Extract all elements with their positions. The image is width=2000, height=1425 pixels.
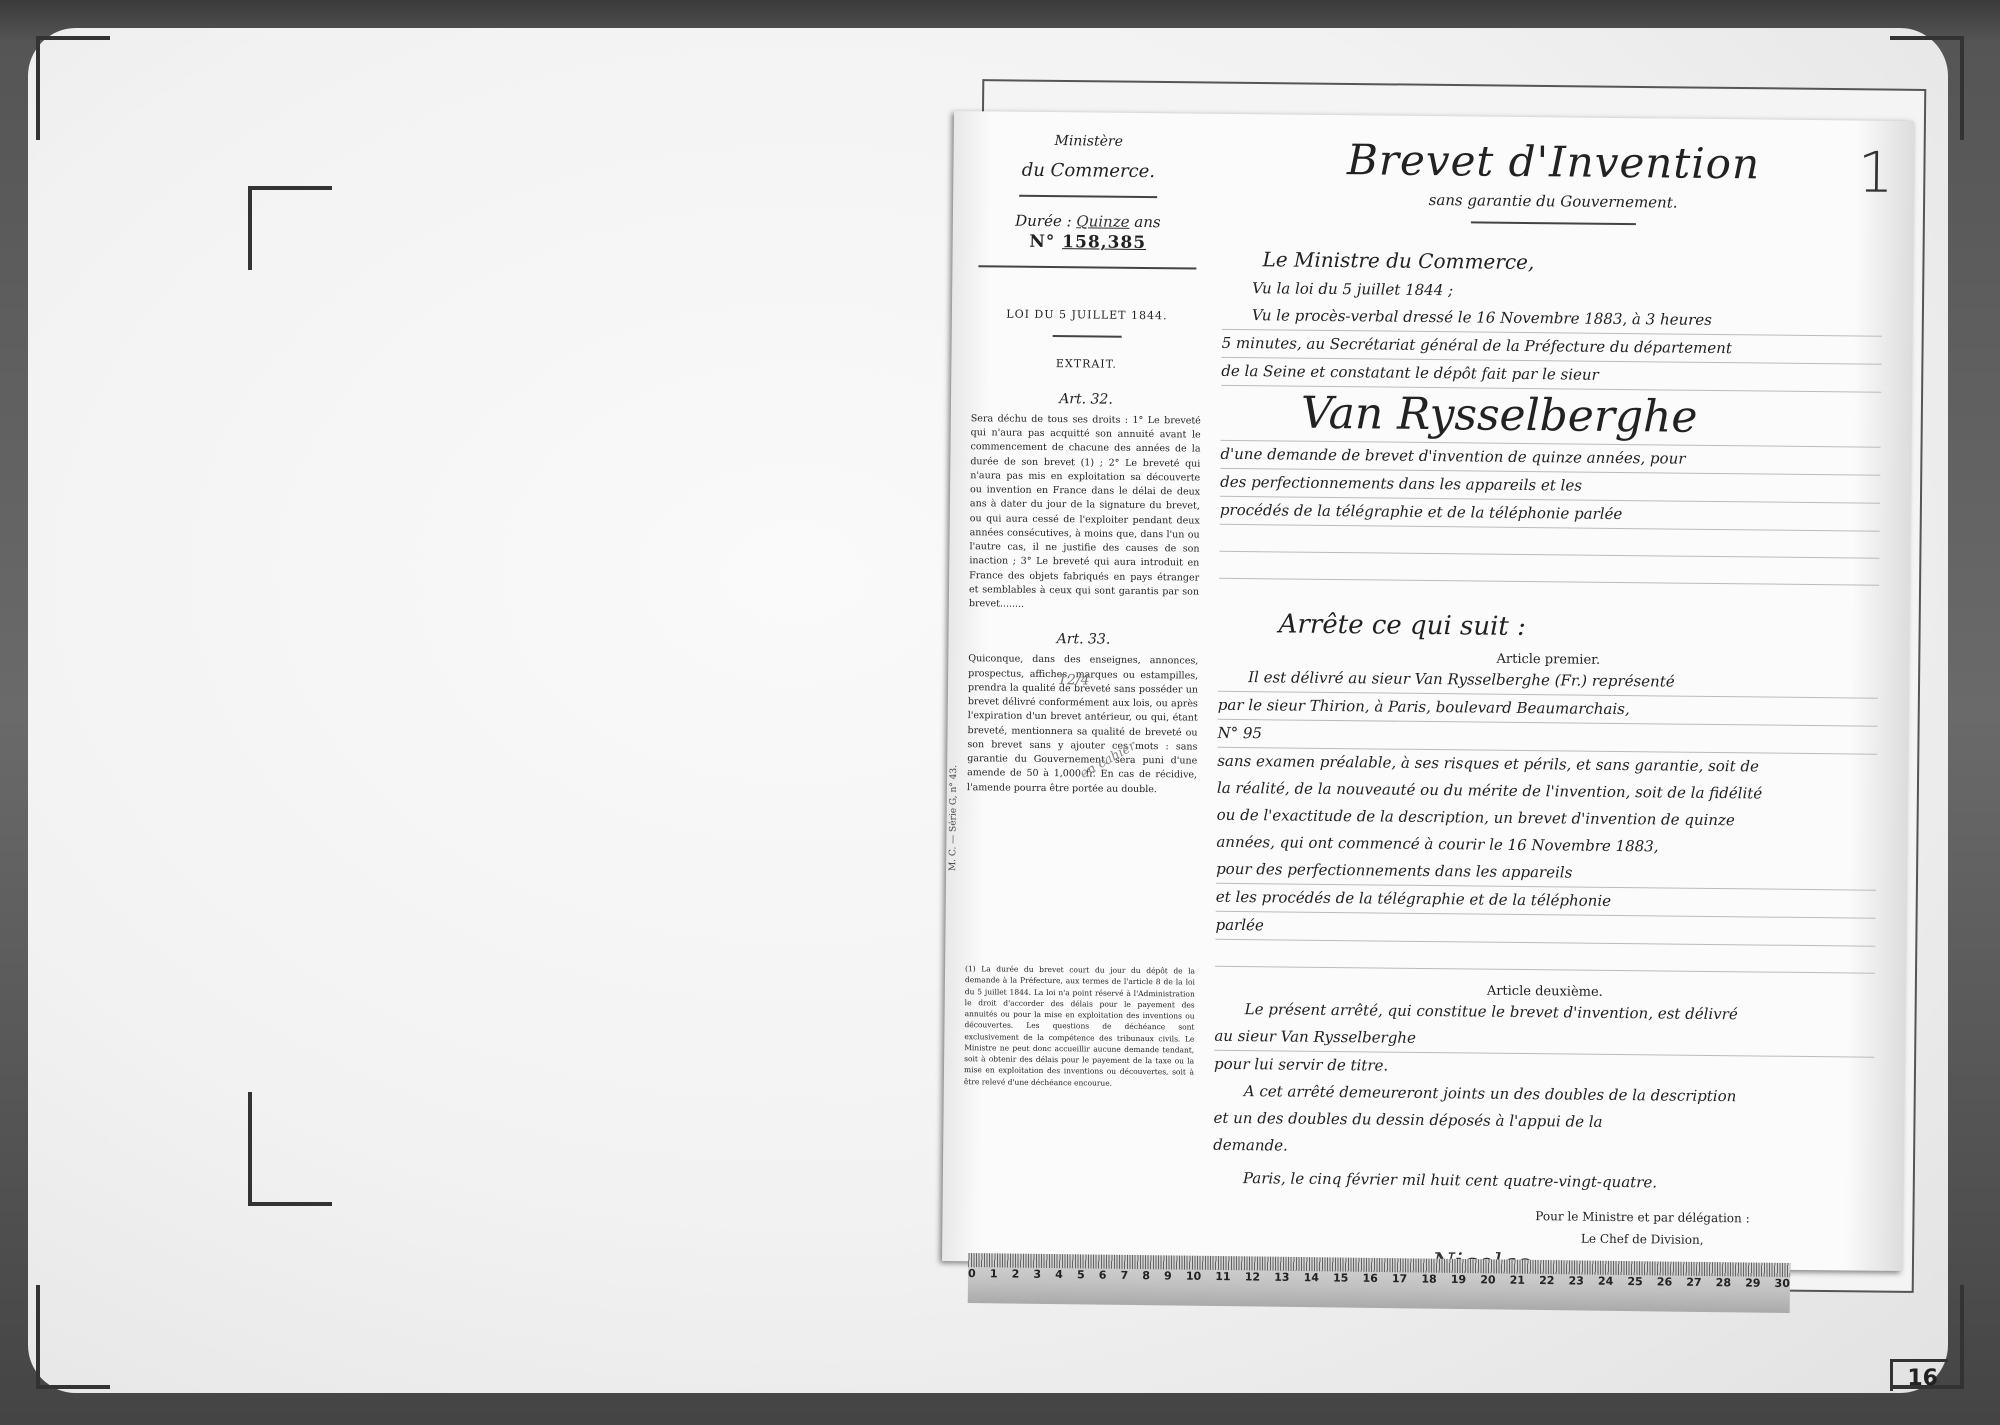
crop-mark-inner-bottom-left	[248, 1092, 332, 1206]
ruler-label: 21	[1510, 1274, 1525, 1287]
minister-heading: Le Ministre du Commerce,	[1262, 247, 1882, 277]
footnote: (1) La durée du brevet court du jour du …	[964, 963, 1195, 1089]
crop-mark-top-left	[36, 36, 110, 140]
article-33-heading: Art. 33.	[968, 630, 1198, 651]
ruler-label: 26	[1657, 1275, 1672, 1288]
pencil-note: 12/4	[1058, 672, 1090, 688]
ruler-label: 18	[1421, 1273, 1436, 1286]
ruler-label: 12	[1245, 1270, 1260, 1283]
ruler-label: 23	[1568, 1274, 1583, 1287]
crop-mark-inner-top-left	[248, 186, 332, 270]
ruler-label: 6	[1099, 1269, 1107, 1282]
ruler-label: 3	[1033, 1268, 1041, 1281]
ruler-label: 7	[1120, 1269, 1128, 1282]
ruler-label: 15	[1333, 1271, 1348, 1284]
measurement-ruler: 0 1 2 3 4 5 6 7 8 9 10 11 12 13 14 15 16…	[968, 1253, 1791, 1313]
blank-line	[1215, 940, 1875, 974]
patent-document: Ministère du Commerce. Durée : Quinze an…	[942, 111, 1914, 1271]
duration: Durée : Quinze ans	[973, 210, 1203, 233]
patent-number-label: N°	[1029, 232, 1055, 252]
ruler-label: 24	[1598, 1275, 1613, 1288]
divider	[1470, 221, 1635, 225]
frame-number: 16	[1890, 1359, 1948, 1391]
duration-unit: ans	[1134, 213, 1160, 231]
divider	[978, 266, 1197, 270]
patent-number: N° 158,385	[973, 231, 1203, 256]
left-column: Ministère du Commerce. Durée : Quinze an…	[967, 131, 1204, 797]
article-32-text: Sera déchu de tous ses droits : 1° Le br…	[969, 412, 1201, 614]
ruler-label: 10	[1186, 1270, 1201, 1283]
ruler-label: 5	[1077, 1268, 1085, 1281]
blank-line	[1219, 552, 1879, 586]
ruler-label: 8	[1142, 1269, 1150, 1282]
divider	[1019, 195, 1157, 198]
date-line: Paris, le cinq février mil huit cent qua…	[1213, 1165, 1873, 1199]
ruler-label: 1	[990, 1267, 998, 1280]
ruler-label: 17	[1392, 1272, 1407, 1285]
signature-block: Pour le Ministre et par délégation : Le …	[1212, 1202, 1872, 1253]
applicant-name: Van Rysselberghe	[1221, 386, 1882, 448]
extract-label: EXTRAIT.	[971, 356, 1201, 373]
ruler-label: 29	[1745, 1276, 1760, 1289]
duration-value: Quinze	[1076, 212, 1129, 231]
text-line: demande.	[1213, 1132, 1873, 1166]
ruler-label: 20	[1480, 1273, 1495, 1286]
ruler-label: 19	[1451, 1273, 1466, 1286]
document-subtitle: sans garantie du Gouvernement.	[1223, 189, 1883, 214]
patent-number-value: 158,385	[1062, 233, 1146, 254]
document-title: Brevet d'Invention	[1223, 134, 1883, 190]
ruler-label: 16	[1362, 1272, 1377, 1285]
ruler-label: 13	[1274, 1271, 1289, 1284]
divider	[1052, 335, 1121, 338]
article-32-heading: Art. 32.	[971, 389, 1201, 410]
form-code: M. C. — Série G, n° 43.	[948, 765, 959, 871]
duration-label: Durée :	[1015, 212, 1072, 231]
ruler-label: 11	[1215, 1270, 1230, 1283]
ministry-line-1: Ministère	[974, 131, 1204, 152]
folio-number: 1	[1857, 140, 1893, 205]
ruler-label: 14	[1304, 1271, 1319, 1284]
ruler-label: 28	[1716, 1276, 1731, 1289]
ruler-label: 27	[1686, 1276, 1701, 1289]
ruler-label: 2	[1012, 1268, 1020, 1281]
ruler-label: 25	[1627, 1275, 1642, 1288]
law-title: LOI DU 5 JUILLET 1844.	[972, 308, 1202, 325]
decree-heading: Arrête ce qui suit :	[1279, 609, 1879, 645]
ruler-label: 0	[968, 1267, 976, 1280]
ruler-label: 30	[1775, 1277, 1790, 1290]
ruler-label: 4	[1055, 1268, 1063, 1281]
ruler-label: 22	[1539, 1274, 1554, 1287]
ruler-label: 9	[1164, 1269, 1172, 1282]
ministry-line-2: du Commerce.	[973, 158, 1203, 185]
main-column: 1 Brevet d'Invention sans garantie du Go…	[1212, 134, 1884, 1283]
crop-mark-bottom-left	[36, 1285, 110, 1389]
